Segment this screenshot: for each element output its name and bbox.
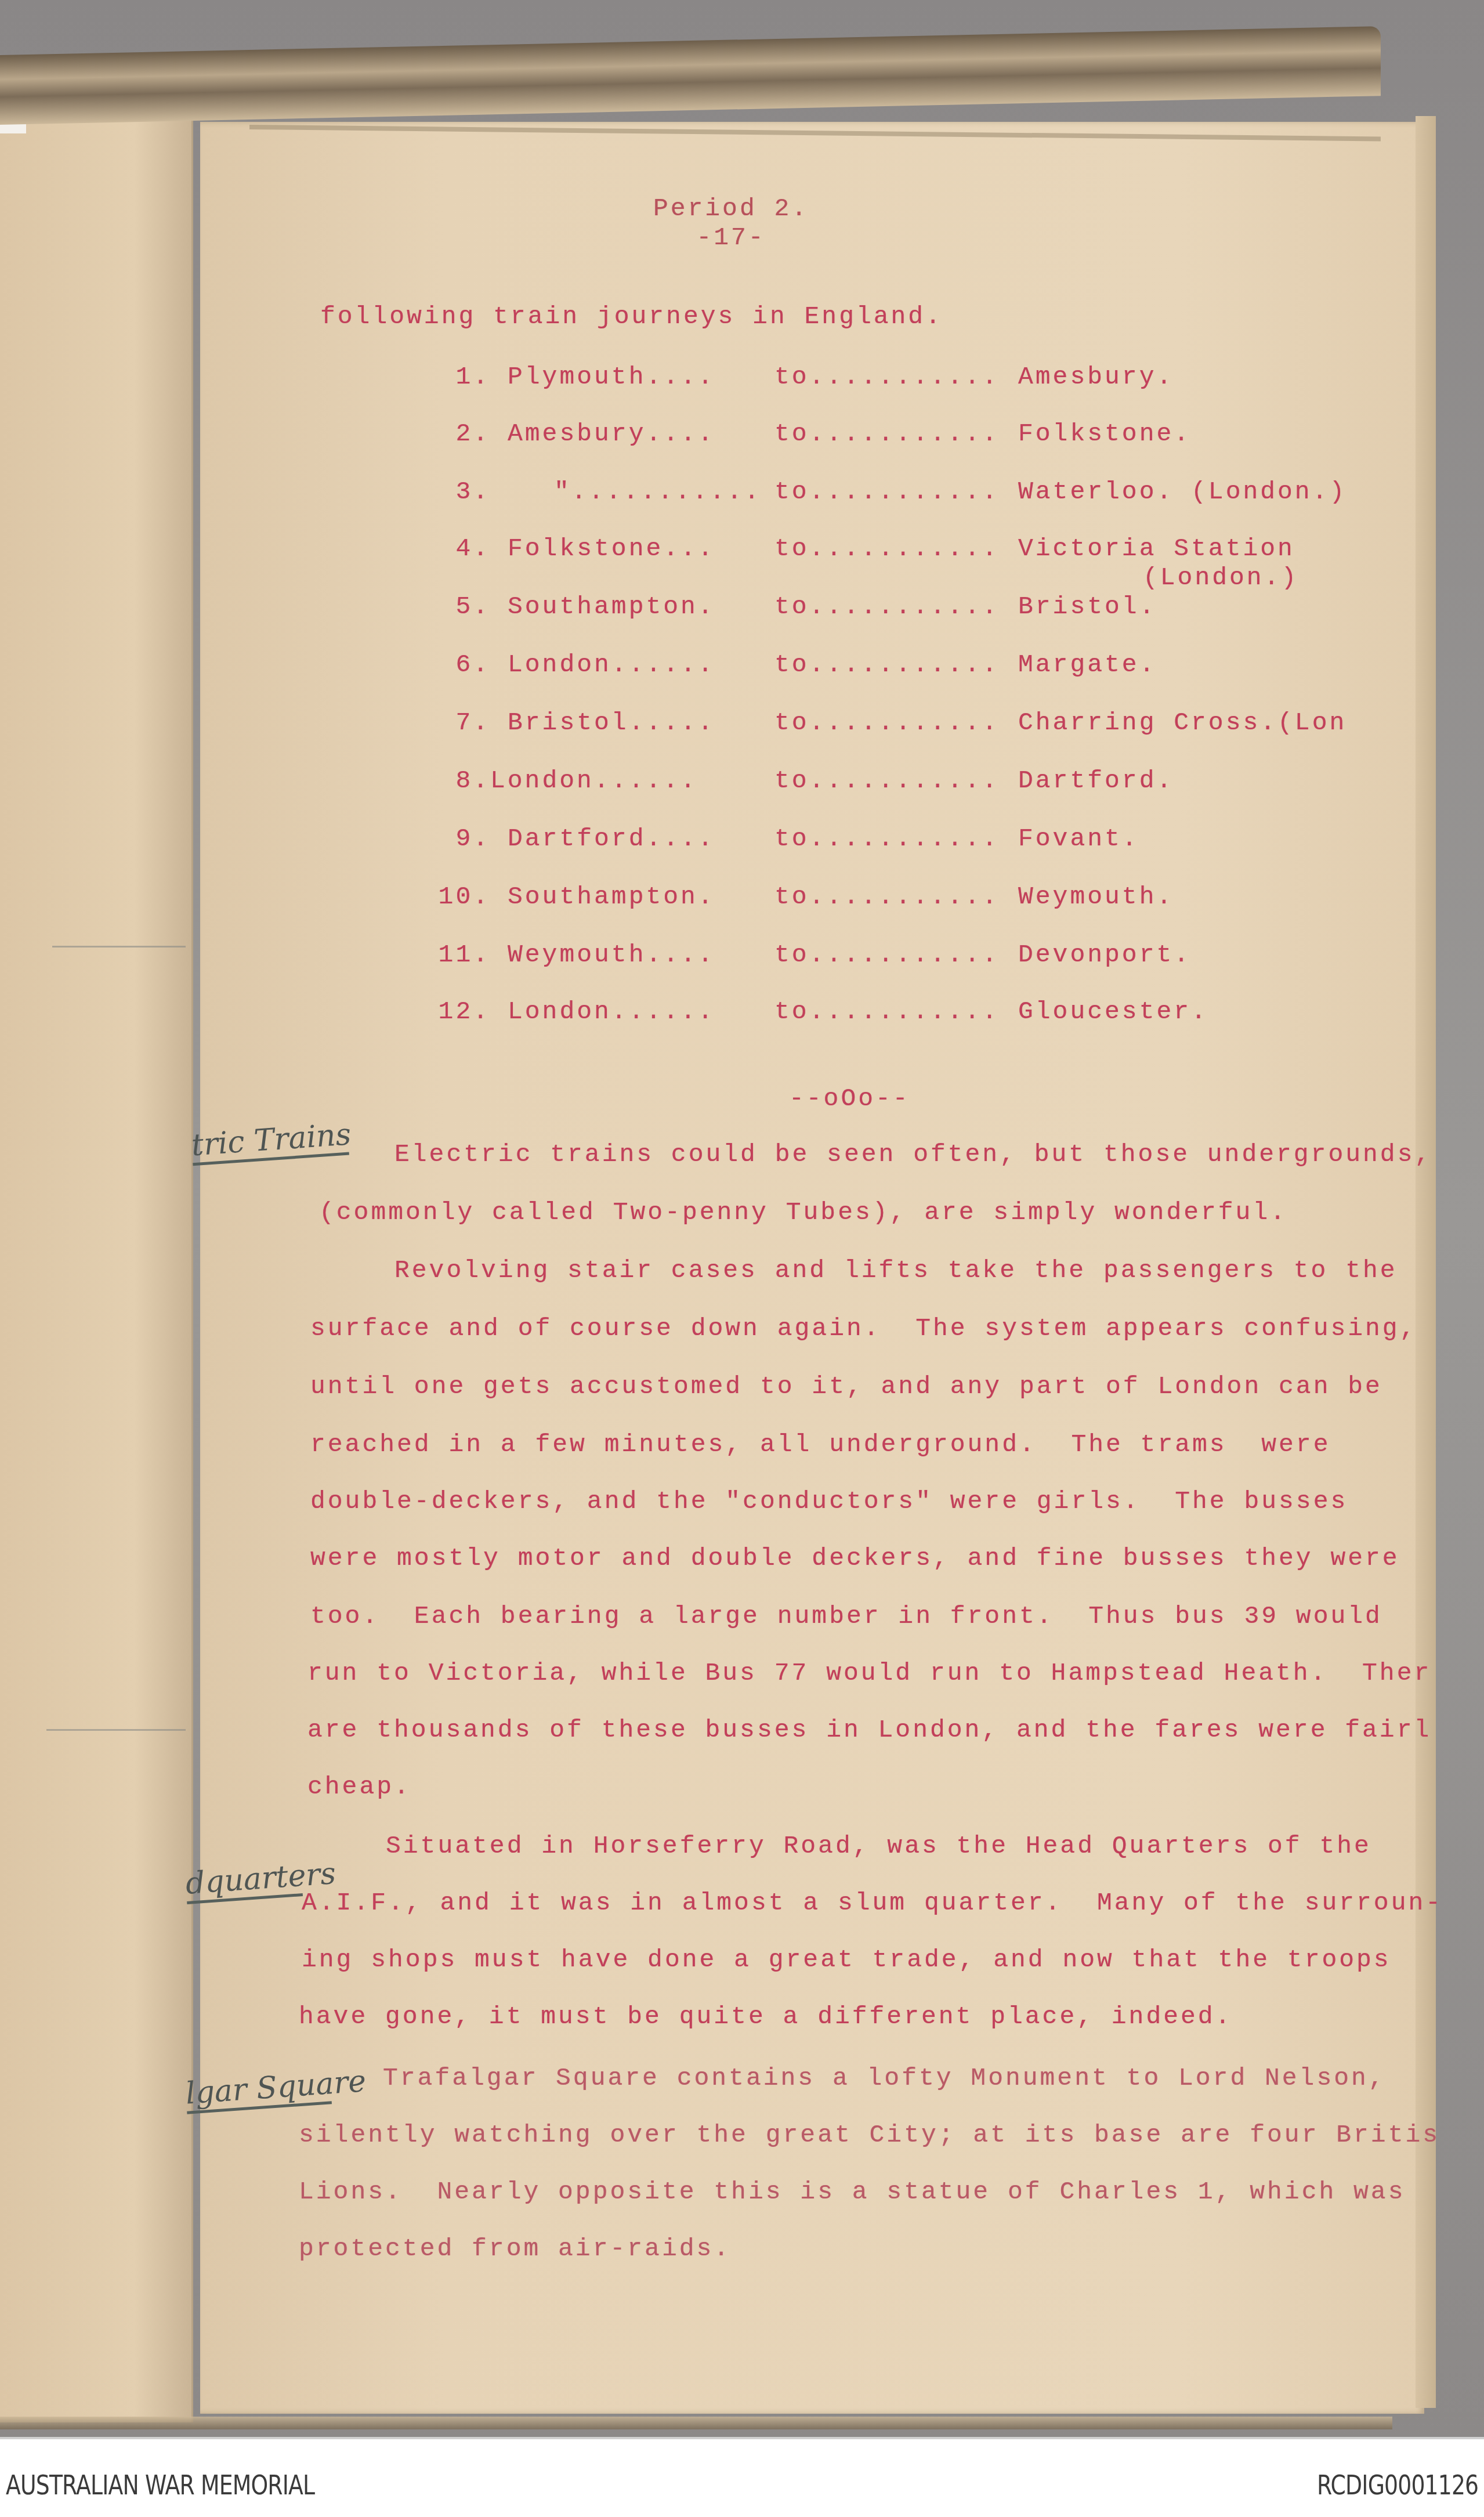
journey-item: 10. Southampton. to........... Weymouth. <box>418 884 1174 909</box>
institution-label: AUSTRALIAN WAR MEMORIAL <box>6 2469 314 2501</box>
journey-item: 12. London...... to........... Glouceste… <box>418 999 1208 1024</box>
page-number: -17- <box>615 225 847 250</box>
intro-line: following train journeys in England. <box>320 304 943 329</box>
ghost-pencil-mark <box>46 1706 186 1731</box>
left-page <box>0 102 193 2422</box>
journey-item: 3. "........... to........... Waterloo. … <box>418 479 1347 504</box>
catalogue-id: RCDIG0001126 <box>1317 2469 1478 2501</box>
page-stack-edge <box>1416 116 1436 2408</box>
journey-item: 7. Bristol..... to........... Charring C… <box>418 710 1347 735</box>
journey-item: 4. Folkstone... to........... Victoria S… <box>418 536 1295 561</box>
section-separator: --oOo-- <box>789 1086 910 1111</box>
ghost-pencil-mark <box>52 923 186 948</box>
book-bottom-edge <box>0 2417 1392 2429</box>
period-heading: Period 2. <box>615 196 847 221</box>
journey-item: 2. Amesbury.... to........... Folkstone. <box>418 421 1191 446</box>
journey-item: 5. Southampton. to........... Bristol. <box>418 594 1156 619</box>
journey-item: 1. Plymouth.... to........... Amesbury. <box>418 364 1174 389</box>
journey-item-continuation: (London.) <box>1143 565 1298 590</box>
footer-bar: AUSTRALIAN WAR MEMORIAL RCDIG0001126 <box>0 2437 1484 2517</box>
journey-item: 9. Dartford.... to........... Fovant. <box>418 826 1139 851</box>
journey-item: 8. London...... to........... Dartford. <box>418 768 1174 793</box>
margin-note: dquarters <box>184 1858 303 1904</box>
journey-item: 6. London...... to........... Margate. <box>418 652 1156 677</box>
journey-item: 11. Weymouth.... to........... Devonport… <box>418 942 1191 967</box>
